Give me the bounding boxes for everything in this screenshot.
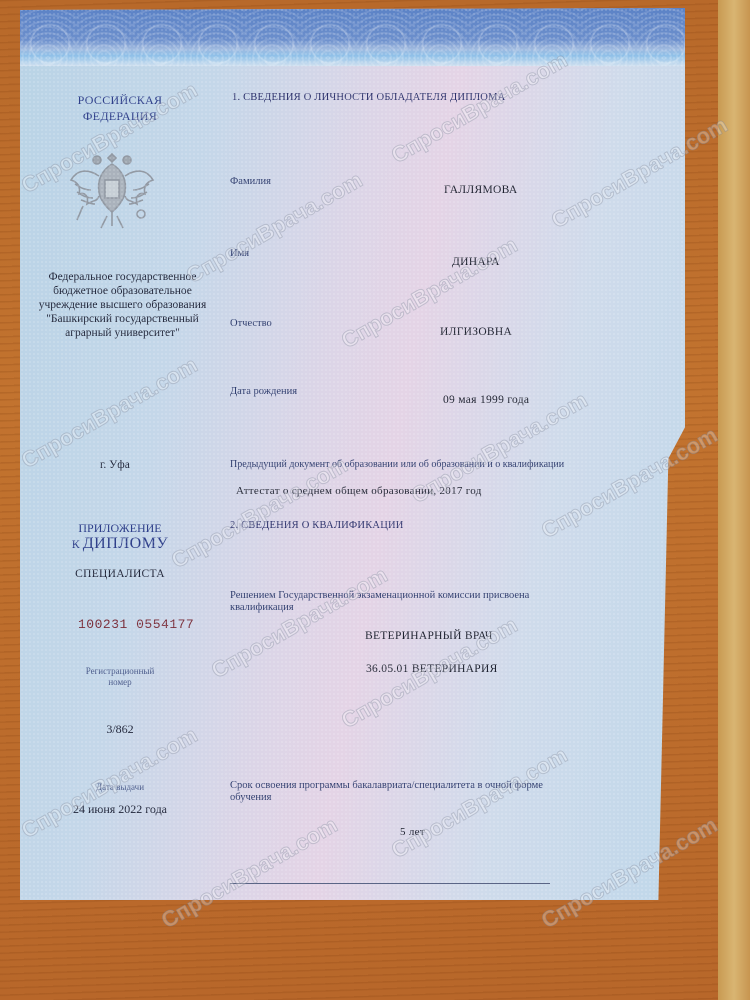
appendix-prefix: К [72,537,83,551]
registration-label-line-1: Регистрационный [20,666,220,677]
country-name: РОССИЙСКАЯ ФЕДЕРАЦИЯ [20,92,220,124]
section-2-title: 2. СВЕДЕНИЯ О КВАЛИФИКАЦИИ [230,520,404,531]
surname-value: ГАЛЛЯМОВА [444,184,517,196]
institution-line: Федеральное государственное [20,270,225,284]
first-name-value: ДИНАРА [452,256,500,268]
previous-document-value: Аттестат о среднем общем образовании, 20… [236,485,482,497]
decision-line-1: Решением Государственной экзаменационной… [230,590,529,602]
birth-date-value: 09 мая 1999 года [443,394,529,406]
surname-label: Фамилия [230,176,271,187]
footer-rule [230,883,550,884]
degree-level: СПЕЦИАЛИСТА [20,568,220,580]
country-line-1: РОССИЙСКАЯ [20,92,220,108]
decision-line-2: квалификация [230,602,529,614]
appendix-line-2: ДИПЛОМУ [83,535,168,552]
birth-date-label: Дата рождения [230,386,297,397]
serial-number: 100231 0554177 [78,617,194,632]
appendix-line-1: ПРИЛОЖЕНИЕ [20,520,220,536]
issue-date: 24 июня 2022 года [20,802,220,817]
qualification-value: ВЕТЕРИНАРНЫЙ ВРАЧ [365,630,493,642]
diploma-supplement-sheet: РОССИЙСКАЯ ФЕДЕРАЦИЯ Федеральное государ… [20,8,685,900]
institution-line: аграрный университет" [20,326,225,340]
patronymic-value: ИЛГИЗОВНА [440,326,512,338]
program-duration-label: Срок освоения программы бакалавриата/спе… [230,780,543,804]
institution-line: бюджетное образовательное [20,284,225,298]
institution-name: Федеральное государственное бюджетное об… [20,270,225,340]
program-duration-value: 5 лет [400,826,425,838]
duration-label-line-1: Срок освоения программы бакалавриата/спе… [230,780,543,792]
russian-coat-of-arms-icon [67,140,157,236]
institution-line: учреждение высшего образования [20,298,225,312]
specialty-value: 36.05.01 ВЕТЕРИНАРИЯ [366,663,498,675]
issuing-city: г. Уфа [100,459,130,471]
duration-label-line-2: обучения [230,792,543,804]
registration-number-label: Регистрационный номер [20,666,220,688]
registration-label-line-2: номер [20,677,220,688]
section-1-title: 1. СВЕДЕНИЯ О ЛИЧНОСТИ ОБЛАДАТЕЛЯ ДИПЛОМ… [232,92,505,103]
patronymic-label: Отчество [230,318,272,329]
appendix-title: ПРИЛОЖЕНИЕ К ДИПЛОМУ [20,520,220,552]
first-name-label: Имя [230,248,249,259]
left-panel: РОССИЙСКАЯ ФЕДЕРАЦИЯ Федеральное государ… [20,8,220,900]
qualification-decision: Решением Государственной экзаменационной… [230,590,529,614]
previous-document-label: Предыдущий документ об образовании или о… [230,459,564,471]
institution-line: "Башкирский государственный [20,312,225,326]
issue-date-label: Дата выдачи [20,782,220,793]
registration-number: 3/862 [20,722,220,737]
right-panel: 1. СВЕДЕНИЯ О ЛИЧНОСТИ ОБЛАДАТЕЛЯ ДИПЛОМ… [230,8,680,900]
background-side-panel [718,0,750,1000]
country-line-2: ФЕДЕРАЦИЯ [20,108,220,124]
